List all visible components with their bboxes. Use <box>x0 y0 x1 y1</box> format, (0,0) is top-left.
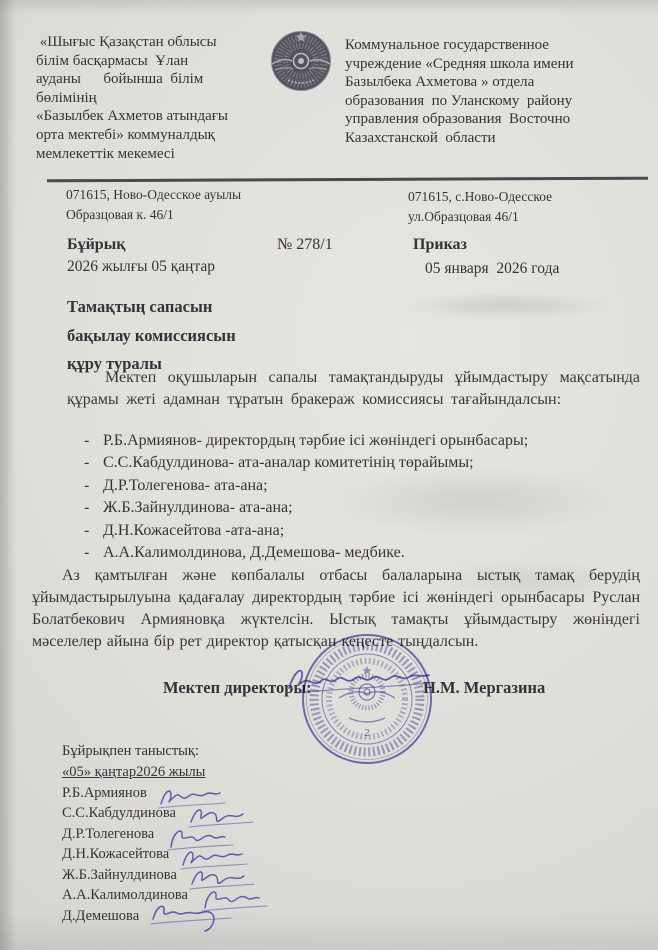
header-org-russian: Коммунальное государственное учреждение … <box>345 36 650 148</box>
acknowledgement-block: Бұйрықпен таныстық: «05» қаңтар2026 жылы… <box>62 741 270 927</box>
address-kazakh: 071615, Ново-Одесское ауылы Образцовая к… <box>66 185 241 225</box>
acknowledgement-name: Д.Р.Толегенова <box>62 824 154 845</box>
address-line: Образцовая к. 46/1 <box>66 205 241 225</box>
scan-bleed-artifact <box>400 292 610 320</box>
list-bullet: - <box>84 475 103 497</box>
member-text: Р.Б.Армиянов- директордың тәрбие ісі жөн… <box>103 430 528 452</box>
list-item: - Д.Р.Толегенова- ата-ана; <box>84 475 528 497</box>
acknowledgement-name: Д.Демешова <box>62 906 139 927</box>
address-line: ул.Образцовая 46/1 <box>408 207 552 227</box>
header-divider-line <box>47 177 648 183</box>
order-subject: Тамақтың сапасын бақылау комиссиясын құр… <box>67 293 236 379</box>
handwritten-signature-icon <box>147 901 237 935</box>
address-line: 071615, с.Ново-Одесское <box>408 187 552 207</box>
scanned-order-document: «Шығыс Қазақстан облысы білім басқармасы… <box>0 0 658 950</box>
header-line: Коммунальное государственное <box>345 36 650 55</box>
order-date-kk: 2026 жылғы 05 қаңтар <box>67 258 215 276</box>
header-line: бөлімінің <box>36 89 276 108</box>
subject-line: бақылау комиссиясын <box>67 322 236 351</box>
director-handwritten-signature-icon <box>275 660 433 699</box>
member-text: С.С.Кабдулдинова- ата-аналар комитетінің… <box>103 452 474 474</box>
order-title-kk: Бұйрық <box>67 236 125 254</box>
header-line: «Шығыс Қазақстан облысы <box>36 33 276 52</box>
list-bullet: - <box>84 452 103 474</box>
acknowledgement-title: Бұйрықпен таныстық: <box>62 741 270 762</box>
kazakhstan-coat-of-arms-icon <box>268 28 334 101</box>
director-name: Н.М. Мергазина <box>423 678 545 698</box>
list-item: - С.С.Кабдулдинова- ата-аналар комитетін… <box>84 452 528 474</box>
commission-members-list: - Р.Б.Армиянов- директордың тәрбие ісі ж… <box>84 430 528 564</box>
acknowledgement-row: Ж.Б.Зайнулдинова <box>62 865 270 886</box>
list-item: - Р.Б.Армиянов- директордың тәрбие ісі ж… <box>84 430 528 452</box>
header-org-kazakh: «Шығыс Қазақстан облысы білім басқармасы… <box>36 33 276 163</box>
member-text: Д.Н.Кожасейтова -ата-ана; <box>103 520 284 542</box>
order-paragraph-1: Мектеп оқушыларын сапалы тамақтандыруды … <box>67 367 640 411</box>
header-line: мемлекеттік мекемесі <box>36 145 276 164</box>
header-line: орта мектебі» коммуналдық <box>36 126 276 145</box>
stamp-number: 2 <box>364 727 370 739</box>
list-item: - Ж.Б.Зайнулдинова- ата-ана; <box>84 497 528 519</box>
order-date-ru: 05 января 2026 года <box>425 260 559 278</box>
header-line: Базылбека Ахметова » отдела <box>345 73 650 92</box>
acknowledgement-date: «05» қаңтар2026 жылы <box>62 762 270 783</box>
member-text: Ж.Б.Зайнулдинова- ата-ана; <box>103 497 293 519</box>
order-number: № 278/1 <box>277 236 333 254</box>
header-line: образования по Уланскому району <box>345 92 650 111</box>
list-item: - А.А.Калимолдинова, Д.Демешова- медбике… <box>84 542 528 564</box>
header-line: Казахстанской области <box>345 129 650 148</box>
acknowledgement-name: Ж.Б.Зайнулдинова <box>62 865 177 886</box>
address-line: 071615, Ново-Одесское ауылы <box>66 185 241 205</box>
subject-line: Тамақтың сапасын <box>67 293 236 322</box>
header-line: учреждение «Средняя школа имени <box>345 55 650 74</box>
order-paragraph-2: Аз қамтылған және көпбалалы отбасы балал… <box>32 565 640 653</box>
list-bullet: - <box>84 430 103 452</box>
header-line: білім басқармасы Ұлан <box>36 52 276 71</box>
member-text: А.А.Калимолдинова, Д.Демешова- медбике. <box>103 542 405 564</box>
list-bullet: - <box>84 497 103 519</box>
header-line: «Базылбек Ахметов атындағы <box>36 107 276 126</box>
address-russian: 071615, с.Ново-Одесское ул.Образцовая 46… <box>408 187 552 227</box>
acknowledgement-row: С.С.Кабдулдинова <box>62 804 270 825</box>
acknowledgement-row: Д.Н.Кожасейтова <box>62 845 270 866</box>
list-item: - Д.Н.Кожасейтова -ата-ана; <box>84 520 528 542</box>
list-bullet: - <box>84 542 103 564</box>
acknowledgement-row: Р.Б.Армиянов <box>62 783 270 804</box>
list-bullet: - <box>84 520 103 542</box>
acknowledgement-name: Р.Б.Армиянов <box>62 783 147 804</box>
header-line: ауданы бойынша білім <box>36 70 276 89</box>
acknowledgement-name: С.С.Кабдулдинова <box>62 803 176 824</box>
member-text: Д.Р.Толегенова- ата-ана; <box>103 475 268 497</box>
header-line: управления образования Восточно <box>345 110 650 129</box>
order-title-ru: Приказ <box>413 236 467 254</box>
acknowledgement-name: Д.Н.Кожасейтова <box>62 844 169 865</box>
